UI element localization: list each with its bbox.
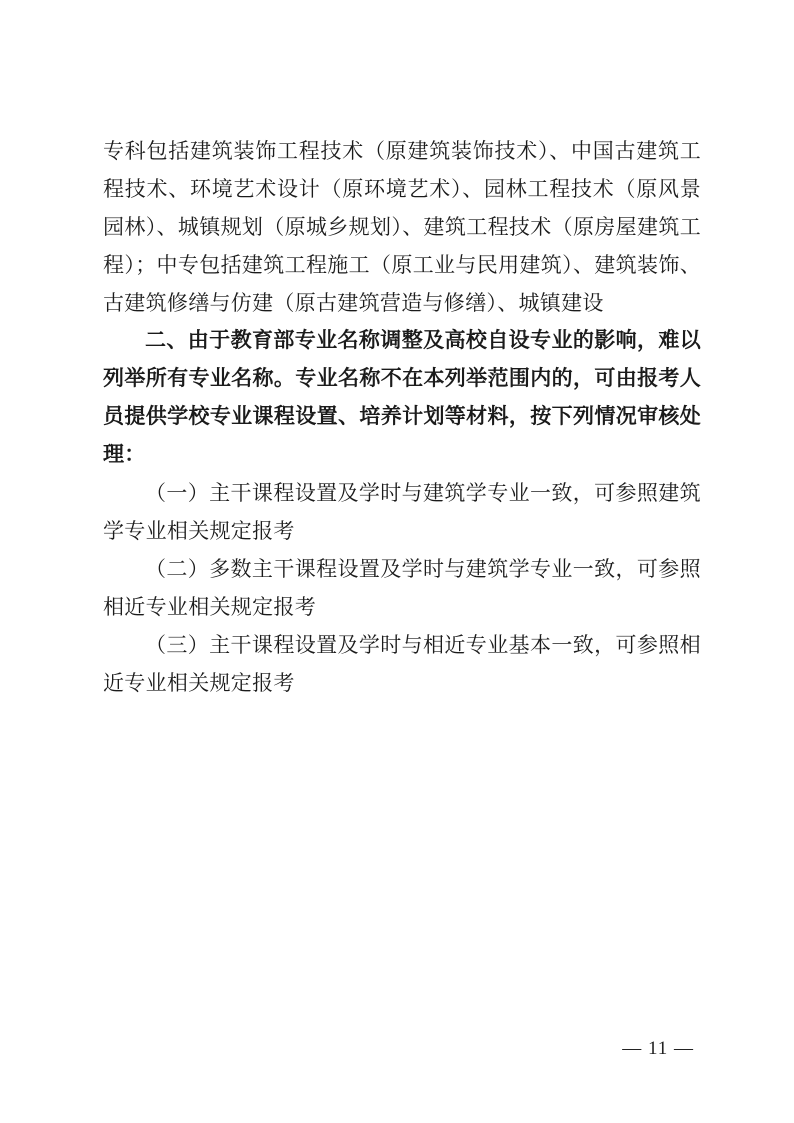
document-page: 专科包括建筑装饰工程技术（原建筑装饰技术）、中国古建筑工程技术、环境艺术设计（原… [0,0,794,1123]
list-item-one: （一）主干课程设置及学时与建筑学专业一致，可参照建筑学专业相关规定报考 [103,474,701,550]
list-item-three: （三）主干课程设置及学时与相近专业基本一致，可参照相近专业相关规定报考 [103,626,701,702]
document-body: 专科包括建筑装饰工程技术（原建筑装饰技术）、中国古建筑工程技术、环境艺术设计（原… [103,132,701,702]
list-item-two: （二）多数主干课程设置及学时与建筑学专业一致，可参照相近专业相关规定报考 [103,550,701,626]
page-number: — 11 — [622,1036,694,1062]
paragraph-major-list-continuation: 专科包括建筑装饰工程技术（原建筑装饰技术）、中国古建筑工程技术、环境艺术设计（原… [103,132,701,322]
paragraph-section-two-heading: 二、由于教育部专业名称调整及高校自设专业的影响，难以列举所有专业名称。专业名称不… [103,322,701,474]
